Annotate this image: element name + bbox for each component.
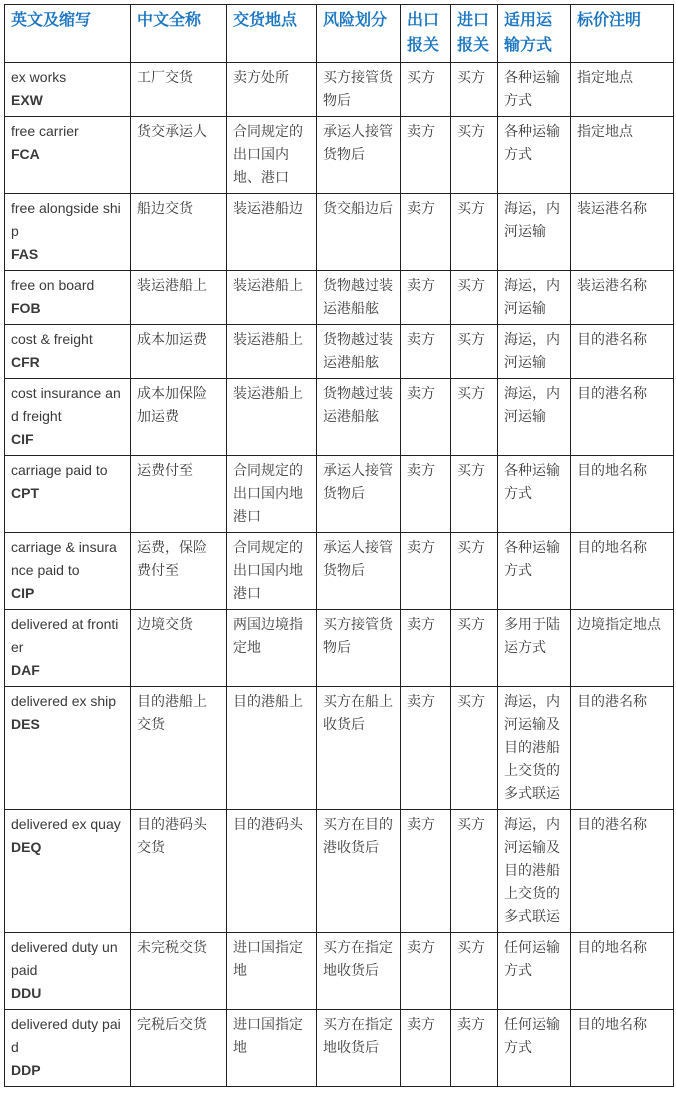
cell-transport-mode: 各种运输方式 — [498, 117, 571, 194]
cell-cn-name: 运费付至 — [131, 456, 227, 533]
cell-transport-mode: 各种运输方式 — [498, 533, 571, 610]
cell-transport-mode: 海运，内河运输 — [498, 325, 571, 379]
cell-term: carriage paid to CPT — [5, 456, 131, 533]
cell-risk-transfer: 货物越过装运港船舷 — [317, 325, 401, 379]
term-abbreviation: DDU — [11, 982, 124, 1005]
page: 英文及缩写中文全称交货地点风险划分出口报关进口报关适用运输方式标价注明 ex w… — [0, 0, 676, 1099]
column-header-term: 英文及缩写 — [5, 5, 131, 63]
cell-export-customs: 买方 — [401, 63, 451, 117]
cell-risk-transfer: 货交船边后 — [317, 194, 401, 271]
cell-risk-transfer: 买方接管货物后 — [317, 63, 401, 117]
cell-risk-transfer: 货物越过装运港船舷 — [317, 271, 401, 325]
cell-risk-transfer: 货物越过装运港船舷 — [317, 379, 401, 456]
term-english-name: carriage & insurance paid to — [11, 536, 124, 582]
term-english-name: cost & freight — [11, 328, 124, 351]
term-english-name: free carrier — [11, 120, 124, 143]
cell-import-customs: 卖方 — [451, 1010, 498, 1087]
cell-import-customs: 买方 — [451, 117, 498, 194]
column-header-export_customs: 出口报关 — [401, 5, 451, 63]
cell-risk-transfer: 承运人接管货物后 — [317, 117, 401, 194]
cell-term: delivered duty unpaid DDU — [5, 933, 131, 1010]
term-english-name: free on board — [11, 274, 124, 297]
cell-risk-transfer: 买方在船上收货后 — [317, 687, 401, 810]
cell-export-customs: 卖方 — [401, 194, 451, 271]
cell-price-note: 目的地名称 — [571, 456, 674, 533]
table-row-ddu: delivered duty unpaid DDU 未完税交货 进口国指定地 买… — [5, 933, 674, 1010]
table-header: 英文及缩写中文全称交货地点风险划分出口报关进口报关适用运输方式标价注明 — [5, 5, 674, 63]
table-row-ddp: delivered duty paid DDP 完税后交货 进口国指定地 买方在… — [5, 1010, 674, 1087]
cell-cn-name: 完税后交货 — [131, 1010, 227, 1087]
cell-delivery-place: 目的港船上 — [227, 687, 317, 810]
cell-delivery-place: 合同规定的出口国内地港口 — [227, 456, 317, 533]
column-header-delivery_place: 交货地点 — [227, 5, 317, 63]
cell-delivery-place: 装运港船上 — [227, 271, 317, 325]
term-english-name: delivered duty paid — [11, 1013, 124, 1059]
cell-cn-name: 目的港船上交货 — [131, 687, 227, 810]
cell-risk-transfer: 买方在目的港收货后 — [317, 810, 401, 933]
cell-export-customs: 卖方 — [401, 533, 451, 610]
cell-price-note: 装运港名称 — [571, 271, 674, 325]
cell-delivery-place: 装运港船上 — [227, 379, 317, 456]
cell-import-customs: 买方 — [451, 610, 498, 687]
column-header-transport_mode: 适用运输方式 — [498, 5, 571, 63]
cell-price-note: 指定地点 — [571, 63, 674, 117]
cell-export-customs: 卖方 — [401, 687, 451, 810]
cell-import-customs: 买方 — [451, 325, 498, 379]
table-body: ex works EXW 工厂交货 卖方处所 买方接管货物后 买方 买方 各种运… — [5, 63, 674, 1087]
cell-price-note: 边境指定地点 — [571, 610, 674, 687]
cell-term: ex works EXW — [5, 63, 131, 117]
term-abbreviation: FCA — [11, 143, 124, 166]
term-abbreviation: CFR — [11, 351, 124, 374]
cell-export-customs: 卖方 — [401, 1010, 451, 1087]
cell-export-customs: 卖方 — [401, 933, 451, 1010]
column-header-import_customs: 进口报关 — [451, 5, 498, 63]
term-abbreviation: DEQ — [11, 836, 124, 859]
cell-export-customs: 卖方 — [401, 271, 451, 325]
cell-export-customs: 卖方 — [401, 810, 451, 933]
term-english-name: carriage paid to — [11, 459, 124, 482]
cell-cn-name: 未完税交货 — [131, 933, 227, 1010]
cell-import-customs: 买方 — [451, 687, 498, 810]
table-row-cfr: cost & freight CFR 成本加运费 装运港船上 货物越过装运港船舷… — [5, 325, 674, 379]
cell-import-customs: 买方 — [451, 933, 498, 1010]
cell-export-customs: 卖方 — [401, 379, 451, 456]
cell-export-customs: 卖方 — [401, 325, 451, 379]
table-row-cif: cost insurance and freight CIF 成本加保险加运费 … — [5, 379, 674, 456]
cell-import-customs: 买方 — [451, 63, 498, 117]
incoterms-table: 英文及缩写中文全称交货地点风险划分出口报关进口报关适用运输方式标价注明 ex w… — [4, 4, 674, 1087]
cell-export-customs: 卖方 — [401, 117, 451, 194]
header-row: 英文及缩写中文全称交货地点风险划分出口报关进口报关适用运输方式标价注明 — [5, 5, 674, 63]
term-abbreviation: CPT — [11, 482, 124, 505]
cell-price-note: 目的港名称 — [571, 379, 674, 456]
cell-delivery-place: 目的港码头 — [227, 810, 317, 933]
table-row-cpt: carriage paid to CPT 运费付至 合同规定的出口国内地港口 承… — [5, 456, 674, 533]
cell-export-customs: 卖方 — [401, 610, 451, 687]
table-row-exw: ex works EXW 工厂交货 卖方处所 买方接管货物后 买方 买方 各种运… — [5, 63, 674, 117]
cell-price-note: 装运港名称 — [571, 194, 674, 271]
table-row-des: delivered ex ship DES 目的港船上交货 目的港船上 买方在船… — [5, 687, 674, 810]
cell-delivery-place: 合同规定的出口国内地、港口 — [227, 117, 317, 194]
term-english-name: delivered ex quay — [11, 813, 124, 836]
cell-delivery-place: 合同规定的出口国内地港口 — [227, 533, 317, 610]
cell-transport-mode: 各种运输方式 — [498, 456, 571, 533]
cell-cn-name: 边境交货 — [131, 610, 227, 687]
term-abbreviation: CIP — [11, 582, 124, 605]
cell-cn-name: 装运港船上 — [131, 271, 227, 325]
cell-cn-name: 运费，保险费付至 — [131, 533, 227, 610]
term-abbreviation: FAS — [11, 243, 124, 266]
cell-price-note: 指定地点 — [571, 117, 674, 194]
column-header-price_note: 标价注明 — [571, 5, 674, 63]
cell-term: delivered ex quay DEQ — [5, 810, 131, 933]
cell-price-note: 目的港名称 — [571, 325, 674, 379]
cell-cn-name: 目的港码头交货 — [131, 810, 227, 933]
cell-term: cost & freight CFR — [5, 325, 131, 379]
cell-risk-transfer: 承运人接管货物后 — [317, 533, 401, 610]
cell-price-note: 目的地名称 — [571, 933, 674, 1010]
table-row-fas: free alongside ship FAS 船边交货 装运港船边 货交船边后… — [5, 194, 674, 271]
cell-import-customs: 买方 — [451, 533, 498, 610]
cell-price-note: 目的地名称 — [571, 1010, 674, 1087]
cell-transport-mode: 海运，内河运输 — [498, 379, 571, 456]
cell-price-note: 目的港名称 — [571, 687, 674, 810]
term-abbreviation: CIF — [11, 428, 124, 451]
cell-transport-mode: 海运，内河运输 — [498, 194, 571, 271]
term-english-name: delivered at frontier — [11, 613, 124, 659]
cell-transport-mode: 海运，内河运输及目的港船上交货的多式联运 — [498, 810, 571, 933]
cell-term: carriage & insurance paid to CIP — [5, 533, 131, 610]
term-abbreviation: DAF — [11, 659, 124, 682]
term-english-name: cost insurance and freight — [11, 382, 124, 428]
cell-transport-mode: 多用于陆运方式 — [498, 610, 571, 687]
cell-risk-transfer: 买方在指定地收货后 — [317, 1010, 401, 1087]
table-row-fob: free on board FOB 装运港船上 装运港船上 货物越过装运港船舷 … — [5, 271, 674, 325]
cell-risk-transfer: 买方在指定地收货后 — [317, 933, 401, 1010]
cell-transport-mode: 任何运输方式 — [498, 933, 571, 1010]
term-english-name: delivered ex ship — [11, 690, 124, 713]
cell-delivery-place: 装运港船上 — [227, 325, 317, 379]
cell-import-customs: 买方 — [451, 379, 498, 456]
cell-cn-name: 货交承运人 — [131, 117, 227, 194]
table-row-deq: delivered ex quay DEQ 目的港码头交货 目的港码头 买方在目… — [5, 810, 674, 933]
term-english-name: ex works — [11, 66, 124, 89]
term-abbreviation: FOB — [11, 297, 124, 320]
cell-price-note: 目的港名称 — [571, 810, 674, 933]
cell-term: free on board FOB — [5, 271, 131, 325]
cell-term: delivered ex ship DES — [5, 687, 131, 810]
cell-import-customs: 买方 — [451, 810, 498, 933]
cell-transport-mode: 各种运输方式 — [498, 63, 571, 117]
cell-delivery-place: 两国边境指定地 — [227, 610, 317, 687]
cell-import-customs: 买方 — [451, 194, 498, 271]
table-row-fca: free carrier FCA 货交承运人 合同规定的出口国内地、港口 承运人… — [5, 117, 674, 194]
cell-term: delivered at frontier DAF — [5, 610, 131, 687]
term-english-name: delivered duty unpaid — [11, 936, 124, 982]
cell-delivery-place: 卖方处所 — [227, 63, 317, 117]
term-abbreviation: EXW — [11, 89, 124, 112]
term-english-name: free alongside ship — [11, 197, 124, 243]
cell-import-customs: 买方 — [451, 271, 498, 325]
cell-transport-mode: 任何运输方式 — [498, 1010, 571, 1087]
cell-risk-transfer: 买方接管货物后 — [317, 610, 401, 687]
cell-price-note: 目的地名称 — [571, 533, 674, 610]
cell-term: free alongside ship FAS — [5, 194, 131, 271]
term-abbreviation: DES — [11, 713, 124, 736]
cell-transport-mode: 海运，内河运输及目的港船上交货的多式联运 — [498, 687, 571, 810]
column-header-cn_name: 中文全称 — [131, 5, 227, 63]
cell-delivery-place: 进口国指定地 — [227, 1010, 317, 1087]
cell-cn-name: 工厂交货 — [131, 63, 227, 117]
cell-transport-mode: 海运，内河运输 — [498, 271, 571, 325]
cell-term: free carrier FCA — [5, 117, 131, 194]
table-row-cip: carriage & insurance paid to CIP 运费，保险费付… — [5, 533, 674, 610]
cell-risk-transfer: 承运人接管货物后 — [317, 456, 401, 533]
cell-delivery-place: 装运港船边 — [227, 194, 317, 271]
cell-delivery-place: 进口国指定地 — [227, 933, 317, 1010]
cell-export-customs: 卖方 — [401, 456, 451, 533]
cell-cn-name: 成本加运费 — [131, 325, 227, 379]
cell-term: cost insurance and freight CIF — [5, 379, 131, 456]
table-row-daf: delivered at frontier DAF 边境交货 两国边境指定地 买… — [5, 610, 674, 687]
cell-cn-name: 船边交货 — [131, 194, 227, 271]
term-abbreviation: DDP — [11, 1059, 124, 1082]
cell-cn-name: 成本加保险加运费 — [131, 379, 227, 456]
cell-term: delivered duty paid DDP — [5, 1010, 131, 1087]
cell-import-customs: 买方 — [451, 456, 498, 533]
column-header-risk_transfer: 风险划分 — [317, 5, 401, 63]
